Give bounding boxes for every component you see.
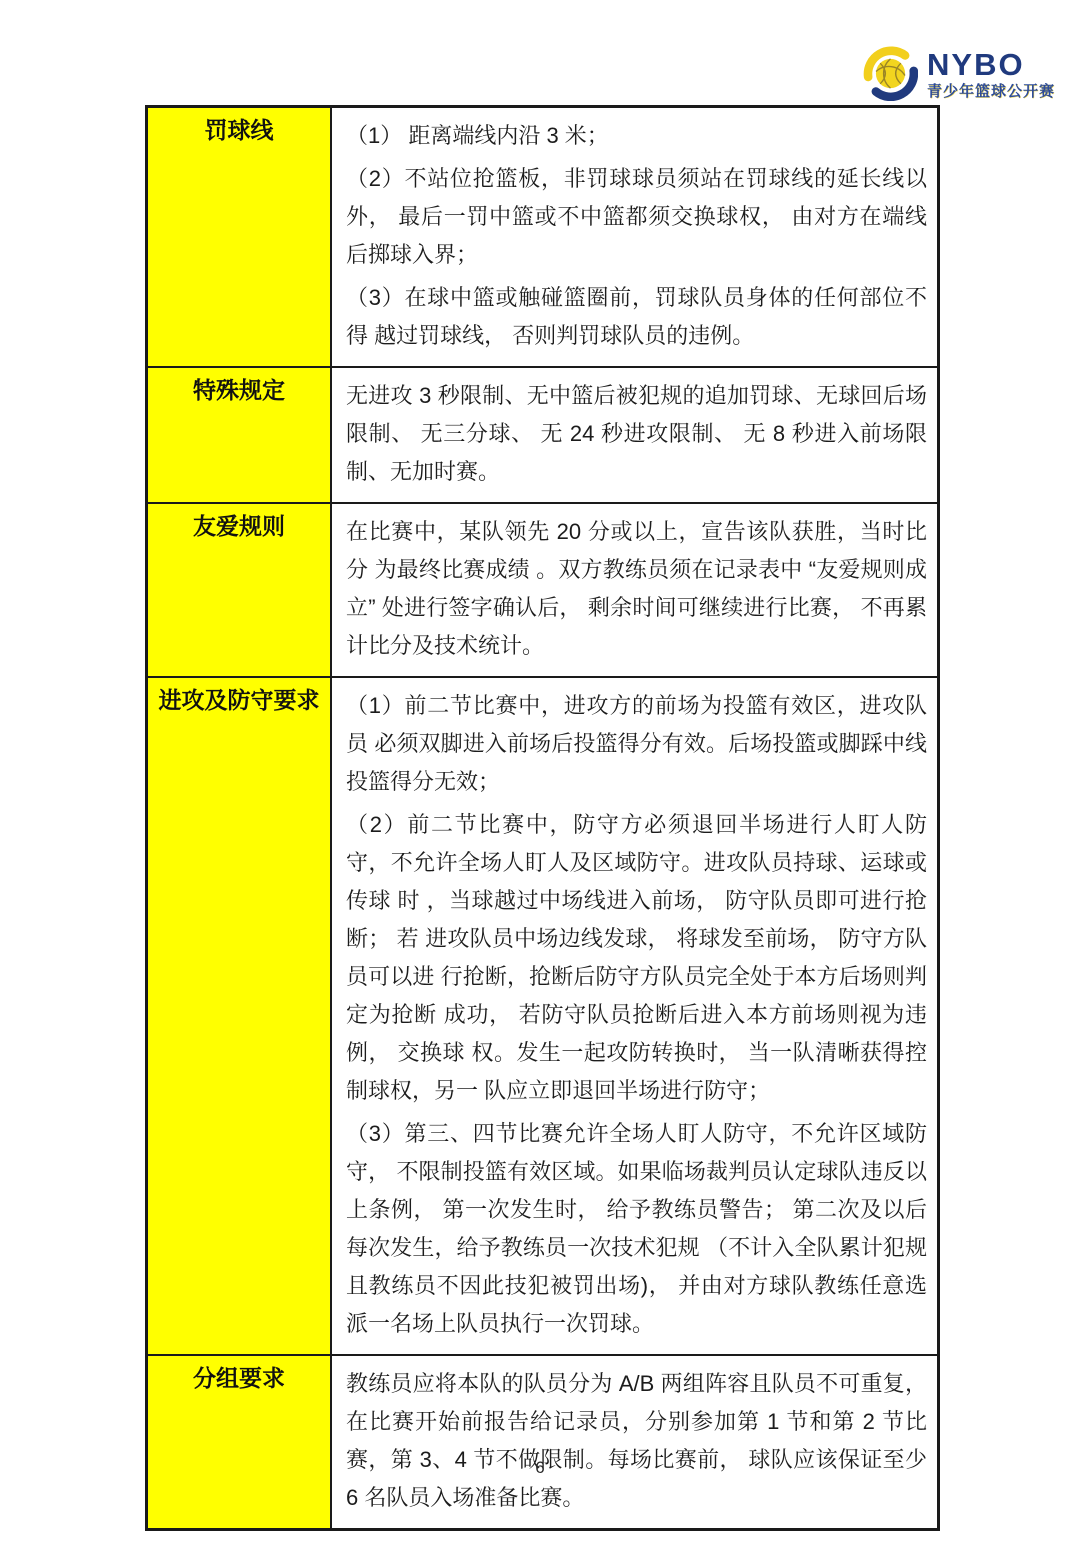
document-page: NYBO 青少年篮球公开赛 罚球线 （1） 距离端线内沿 3 米； （2）不站位…: [0, 0, 1080, 1566]
row-label: 罚球线: [148, 108, 332, 366]
row-content: 教练员应将本队的队员分为 A/B 两组阵容且队员不可重复，在比赛开始前报告给记录…: [332, 1356, 937, 1528]
table-row-free-throw-line: 罚球线 （1） 距离端线内沿 3 米； （2）不站位抢篮板，非罚球球员须站在罚球…: [148, 108, 937, 368]
row-content: （1）前二节比赛中，进攻方的前场为投篮有效区，进攻队员 必须双脚进入前场后投篮得…: [332, 678, 937, 1354]
basketball-logo-icon: [863, 46, 918, 101]
table-row-friendship-rule: 友爱规则 在比赛中，某队领先 20 分或以上，宣告该队获胜，当时比分 为最终比赛…: [148, 504, 937, 678]
row-label: 友爱规则: [148, 504, 332, 676]
page-number: 6: [535, 1458, 544, 1477]
nybo-logo: NYBO 青少年篮球公开赛: [863, 46, 1055, 101]
row-content: 在比赛中，某队领先 20 分或以上，宣告该队获胜，当时比分 为最终比赛成绩 。双…: [332, 504, 937, 676]
row-label: 进攻及防守要求: [148, 678, 332, 1354]
table-row-offense-defense-requirements: 进攻及防守要求 （1）前二节比赛中，进攻方的前场为投篮有效区，进攻队员 必须双脚…: [148, 678, 937, 1356]
table-row-special-rules: 特殊规定 无进攻 3 秒限制、无中篮后被犯规的追加罚球、无球回后场限制、 无三分…: [148, 368, 937, 504]
logo-text: NYBO 青少年篮球公开赛: [927, 49, 1055, 99]
rule-paragraph: （3）第三、四节比赛允许全场人盯人防守，不允许区域防守， 不限制投篮有效区域。如…: [346, 1115, 927, 1343]
logo-subtitle: 青少年篮球公开赛: [927, 84, 1055, 99]
page-footer: 6: [0, 1458, 1080, 1478]
table-row-grouping-requirements: 分组要求 教练员应将本队的队员分为 A/B 两组阵容且队员不可重复，在比赛开始前…: [148, 1356, 937, 1528]
rule-paragraph: 教练员应将本队的队员分为 A/B 两组阵容且队员不可重复，在比赛开始前报告给记录…: [346, 1365, 927, 1517]
rules-table: 罚球线 （1） 距离端线内沿 3 米； （2）不站位抢篮板，非罚球球员须站在罚球…: [145, 105, 940, 1531]
row-label: 特殊规定: [148, 368, 332, 502]
logo-wordmark: NYBO: [927, 49, 1055, 80]
rule-paragraph: （1）前二节比赛中，进攻方的前场为投篮有效区，进攻队员 必须双脚进入前场后投篮得…: [346, 687, 927, 801]
rule-paragraph: 无进攻 3 秒限制、无中篮后被犯规的追加罚球、无球回后场限制、 无三分球、 无 …: [346, 377, 927, 491]
rule-paragraph: （3）在球中篮或触碰篮圈前，罚球队员身体的任何部位不得 越过罚球线， 否则判罚球…: [346, 279, 927, 355]
rule-paragraph: （1） 距离端线内沿 3 米；: [346, 117, 927, 155]
rule-paragraph: （2）不站位抢篮板，非罚球球员须站在罚球线的延长线以外， 最后一罚中篮或不中篮都…: [346, 160, 927, 274]
row-label: 分组要求: [148, 1356, 332, 1528]
row-content: （1） 距离端线内沿 3 米； （2）不站位抢篮板，非罚球球员须站在罚球线的延长…: [332, 108, 937, 366]
rule-paragraph: （2）前二节比赛中，防守方必须退回半场进行人盯人防守，不允许全场人盯人及区域防守…: [346, 806, 927, 1110]
row-content: 无进攻 3 秒限制、无中篮后被犯规的追加罚球、无球回后场限制、 无三分球、 无 …: [332, 368, 937, 502]
rule-paragraph: 在比赛中，某队领先 20 分或以上，宣告该队获胜，当时比分 为最终比赛成绩 。双…: [346, 513, 927, 665]
